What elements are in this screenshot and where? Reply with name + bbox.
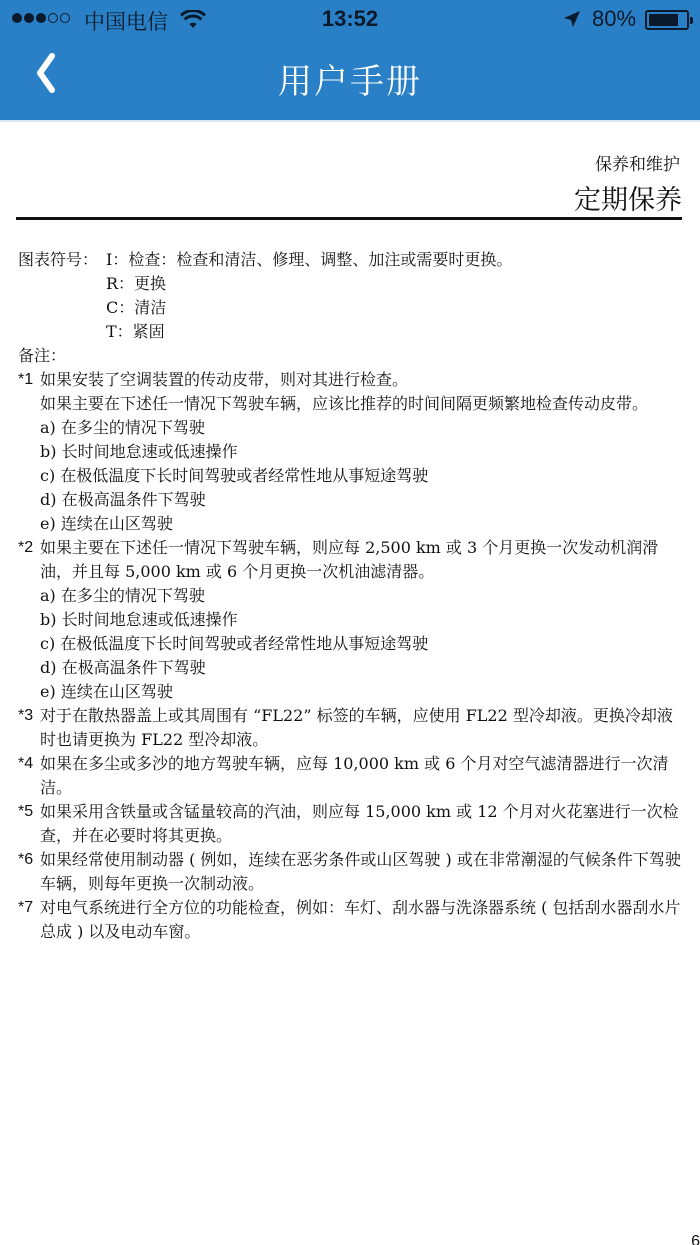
condition-item: b) 长时间地怠速或低速操作 (40, 440, 682, 464)
note-text: 如果采用含铁量或含锰量较高的汽油，则应每 15,000 km 或 12 个月对火… (40, 800, 682, 848)
note-text: 如果主要在下述任一情况下驾驶车辆，应该比推荐的时间间隔更频繁地检查传动皮带。 (40, 392, 682, 416)
note-5: *5 如果采用含铁量或含锰量较高的汽油，则应每 15,000 km 或 12 个… (18, 800, 682, 848)
condition-item: e) 连续在山区驾驶 (40, 512, 682, 536)
battery-icon (645, 10, 689, 30)
note-text: 如果经常使用制动器 ( 例如，连续在恶劣条件或山区驾驶 ) 或在非常潮湿的气候条… (40, 848, 682, 896)
legend-item: R：更换 (18, 272, 682, 296)
note-mark: *3 (18, 704, 40, 752)
note-mark: *1 (18, 368, 40, 536)
condition-item: d) 在极高温条件下驾驶 (40, 488, 682, 512)
note-mark: *4 (18, 752, 40, 800)
note-1: *1 如果安装了空调装置的传动皮带，则对其进行检查。 如果主要在下述任一情况下驾… (18, 368, 682, 536)
note-mark: *5 (18, 800, 40, 848)
legend-item: I：检查：检查和清洁、修理、调整、加注或需要时更换。 (106, 248, 512, 272)
note-6: *6 如果经常使用制动器 ( 例如，连续在恶劣条件或山区驾驶 ) 或在非常潮湿的… (18, 848, 682, 896)
note-text: 如果主要在下述任一情况下驾驶车辆，则应每 2,500 km 或 3 个月更换一次… (40, 536, 682, 584)
condition-item: e) 连续在山区驾驶 (40, 680, 682, 704)
manual-body: 图表符号： I：检查：检查和清洁、修理、调整、加注或需要时更换。 R：更换 C：… (18, 248, 682, 944)
navigation-bar: 用户手册 (0, 40, 700, 120)
note-4: *4 如果在多尘或多沙的地方驾驶车辆，应每 10,000 km 或 6 个月对空… (18, 752, 682, 800)
note-2: *2 如果主要在下述任一情况下驾驶车辆，则应每 2,500 km 或 3 个月更… (18, 536, 682, 704)
location-arrow-icon (563, 10, 581, 28)
note-mark: *7 (18, 896, 40, 944)
manual-page[interactable]: 保养和维护 定期保养 图表符号： I：检查：检查和清洁、修理、调整、加注或需要时… (0, 120, 700, 1245)
condition-item: c) 在极低温度下长时间驾驶或者经常性地从事短途驾驶 (40, 464, 682, 488)
note-mark: *6 (18, 848, 40, 896)
note-3: *3 对于在散热器盖上或其周围有 “FL22” 标签的车辆，应使用 FL22 型… (18, 704, 682, 752)
condition-item: c) 在极低温度下长时间驾驶或者经常性地从事短途驾驶 (40, 632, 682, 656)
note-text: 对电气系统进行全方位的功能检查，例如：车灯、刮水器与洗涤器系统 ( 包括刮水器刮… (40, 896, 682, 944)
legend-item: C：清洁 (18, 296, 682, 320)
status-bar: 中国电信 13:52 80% (0, 0, 700, 40)
notes-label: 备注： (18, 344, 682, 368)
page-number: 6 (691, 1233, 700, 1245)
battery-percent: 80% (592, 6, 636, 32)
top-bar: 中国电信 13:52 80% 用户手册 (0, 0, 700, 120)
note-text: 对于在散热器盖上或其周围有 “FL22” 标签的车辆，应使用 FL22 型冷却液… (40, 704, 682, 752)
condition-item: a) 在多尘的情况下驾驶 (40, 416, 682, 440)
section-heading: 保养和维护 (595, 150, 680, 175)
legend-label: 图表符号： (18, 248, 106, 272)
condition-item: d) 在极高温条件下驾驶 (40, 656, 682, 680)
condition-item: a) 在多尘的情况下驾驶 (40, 584, 682, 608)
condition-item: b) 长时间地怠速或低速操作 (40, 608, 682, 632)
legend: 图表符号： I：检查：检查和清洁、修理、调整、加注或需要时更换。 (18, 248, 682, 272)
heading-divider (16, 217, 682, 220)
page-title: 用户手册 (0, 54, 700, 103)
chapter-heading: 定期保养 (574, 178, 682, 217)
note-mark: *2 (18, 536, 40, 704)
legend-item: T：紧固 (18, 320, 682, 344)
note-text: 如果安装了空调装置的传动皮带，则对其进行检查。 (40, 368, 682, 392)
note-7: *7 对电气系统进行全方位的功能检查，例如：车灯、刮水器与洗涤器系统 ( 包括刮… (18, 896, 682, 944)
note-text: 如果在多尘或多沙的地方驾驶车辆，应每 10,000 km 或 6 个月对空气滤清… (40, 752, 682, 800)
